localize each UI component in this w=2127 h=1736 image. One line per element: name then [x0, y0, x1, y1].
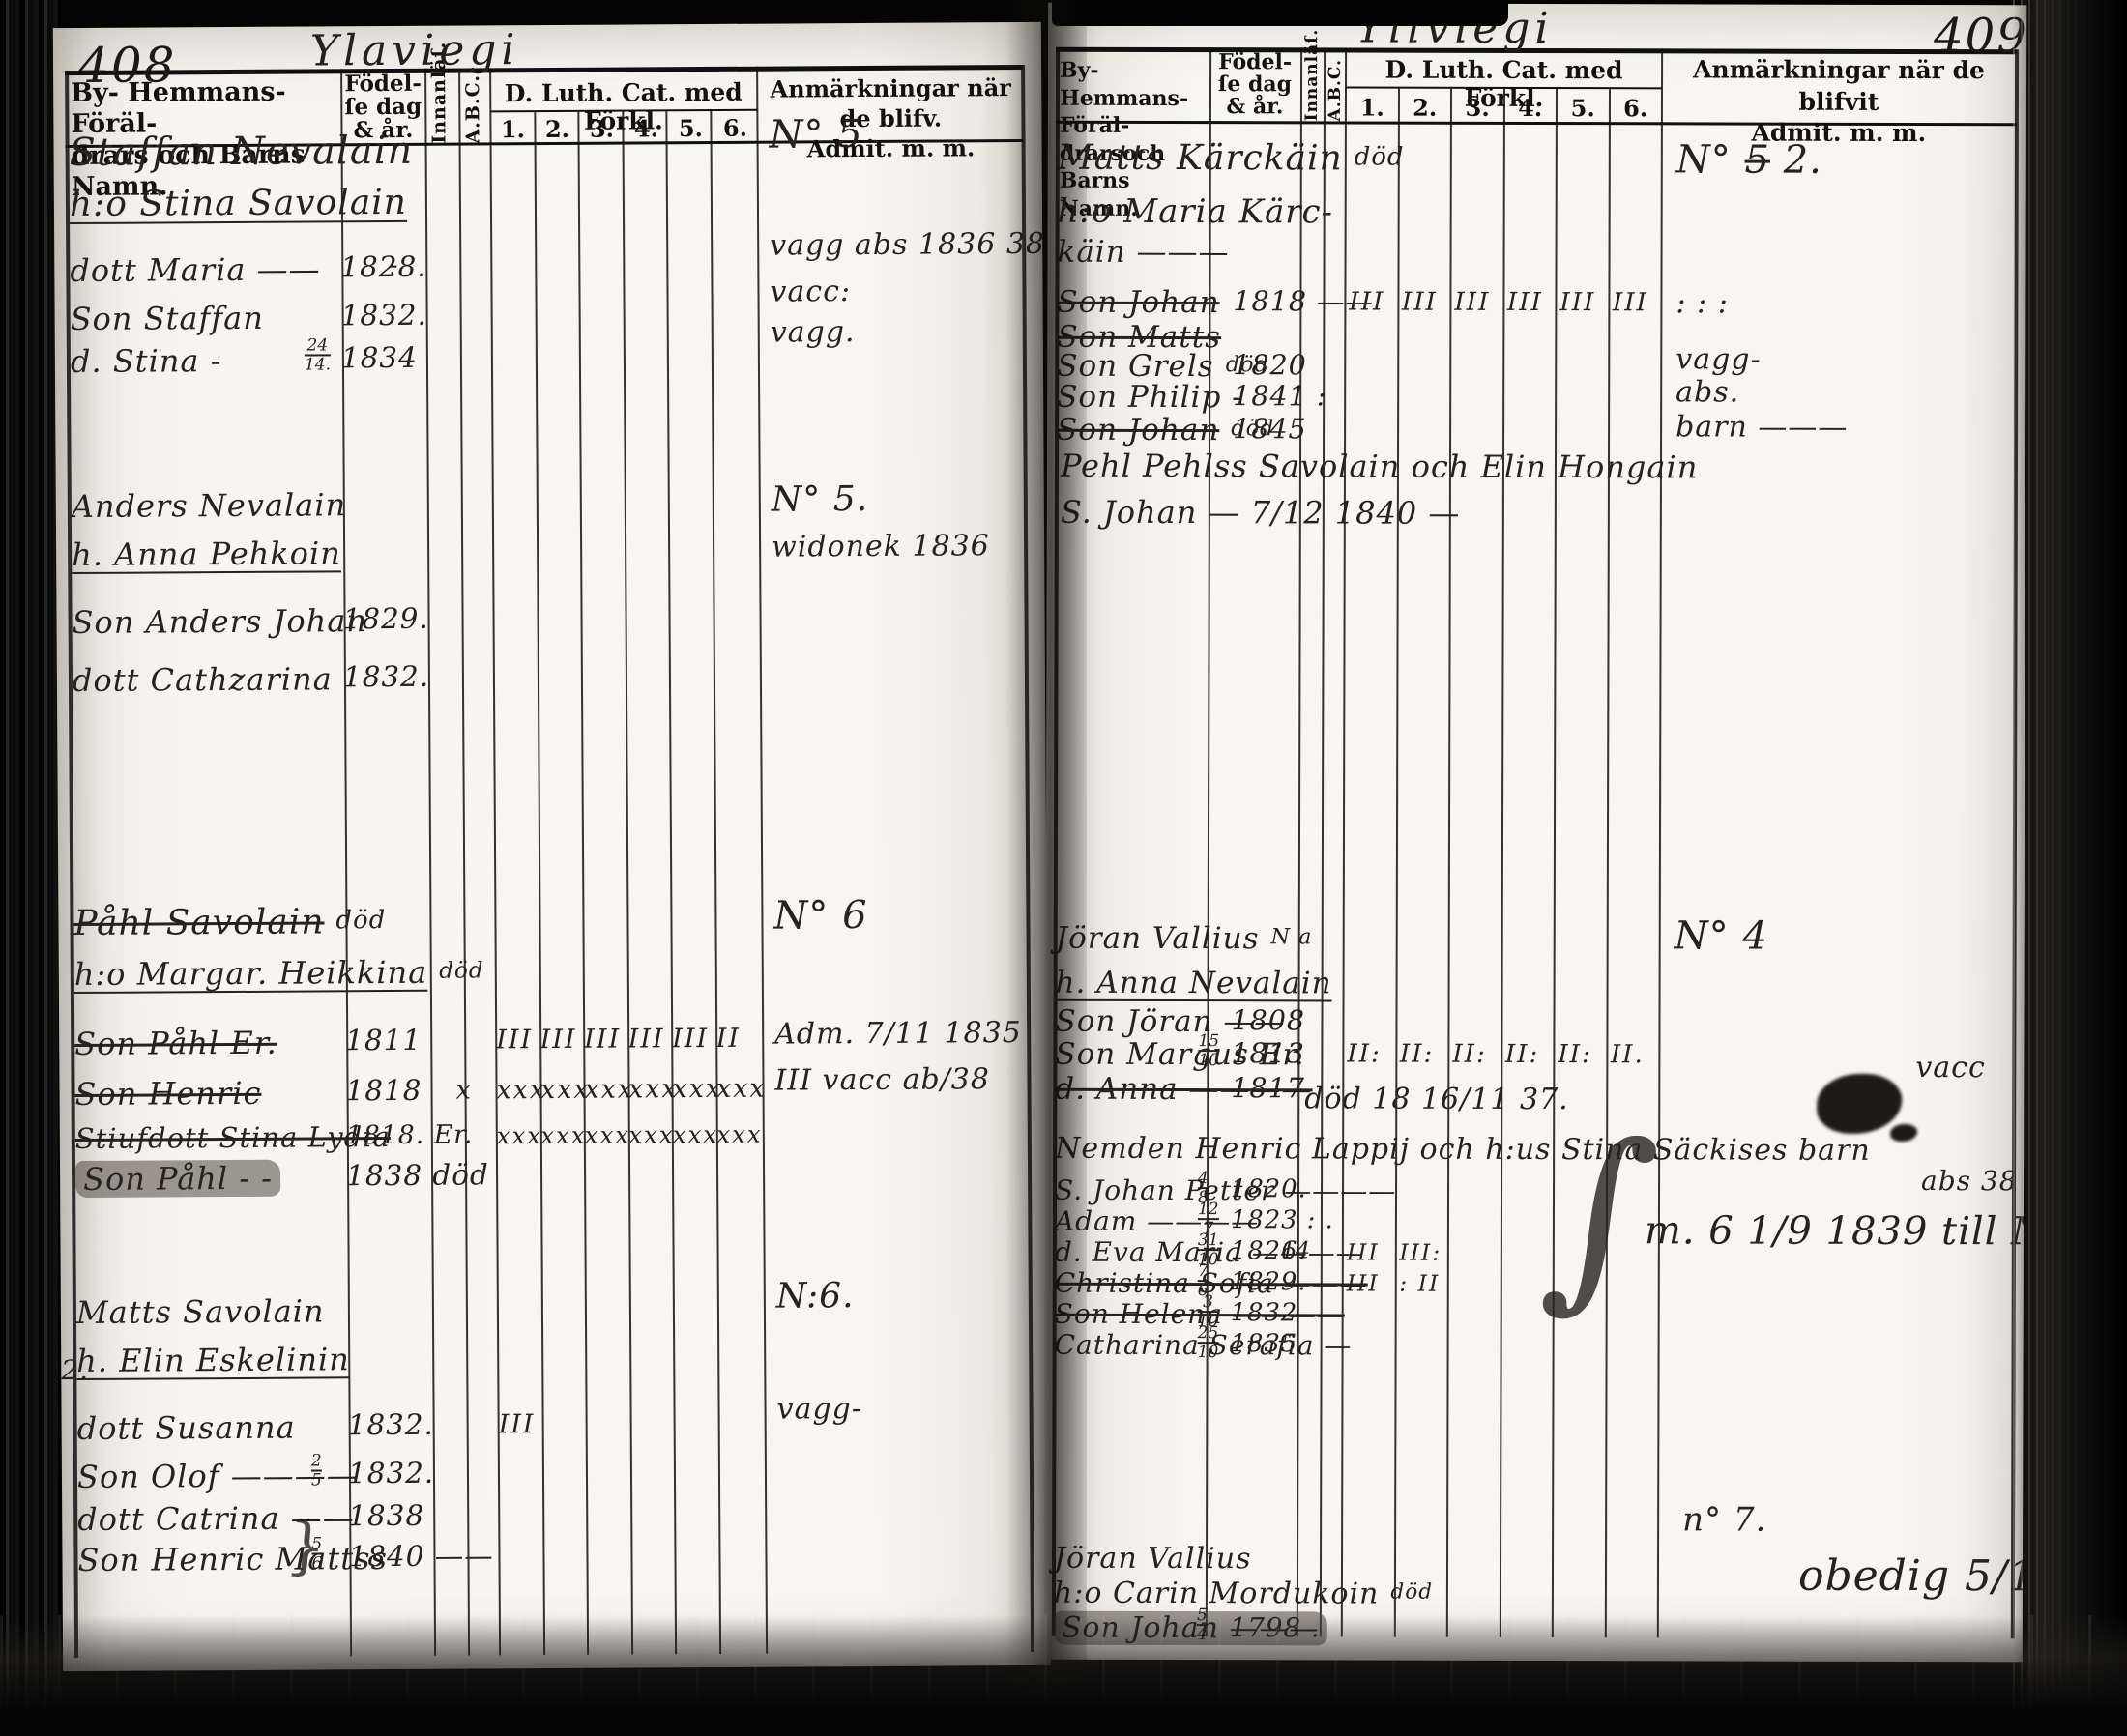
entry-name: Son Henric [74, 1075, 261, 1113]
catechism-tally: III [584, 1025, 621, 1055]
entry-name: dott Cathzarina [73, 660, 333, 699]
register-row: Son Anders Johan1829. [56, 598, 1040, 649]
remark-note: Adm. 7/11 1835 [774, 1016, 1022, 1052]
catechism-tally: III [540, 1025, 577, 1055]
register-row: Staffan Nevalain [53, 125, 1037, 175]
birth-year: 1823 : . [1231, 1205, 1334, 1234]
entry-note: död [335, 906, 386, 935]
remark-note: N° 5. [772, 479, 869, 520]
remark-note: m. 6 1/9 1839 till Nurmis [1645, 1208, 2026, 1254]
birth-year: 1798 . [1230, 1611, 1321, 1643]
remark-note: : : : [1675, 286, 1728, 320]
entry-name: käin ——— [1058, 235, 1230, 270]
entry-name: Son Påhl - - [75, 1160, 280, 1198]
book-spine [0, 0, 60, 1736]
birth-year: 1813 [1231, 1037, 1305, 1069]
remark-note: N° 4 [1675, 913, 1768, 958]
entry-name: Son Johan [1057, 285, 1219, 320]
catechism-tally: xxx [673, 1120, 718, 1148]
reading-mark: - [389, 250, 397, 280]
entry-name: Anders Nevalain [72, 486, 347, 525]
annotation: 2. [61, 1354, 89, 1386]
remark-note: abs 38 [1921, 1165, 2018, 1197]
entry-name: Matts Savolain [76, 1292, 325, 1331]
entry-note: N a [1271, 924, 1313, 949]
entry-name: h:o Margar. Heikkinadöd [74, 953, 484, 993]
birth-day-fraction: 2510 [1198, 1325, 1219, 1361]
entry-name: h:o Maria Kärc- [1058, 192, 1333, 232]
page-number-left: 408 [78, 37, 177, 94]
remark-note: vagg abs 1836 38 [770, 227, 1045, 263]
catechism-tally: xxx [496, 1075, 546, 1105]
birth-year: 1820 [1233, 349, 1307, 381]
entry-name: Staffan Nevalain [69, 129, 413, 175]
entry-note: död [1355, 143, 1405, 172]
register-row: Catharina Serafia —25101835 [1045, 1329, 2020, 1376]
catechism-tally: III [1454, 288, 1490, 317]
remark-note: n° 7. [1682, 1500, 1766, 1539]
entry-name: Stiufdott Stina Lydia [75, 1120, 391, 1155]
register-row: Jöran ValliusN a [1046, 921, 2021, 969]
remark-note: widonek 1836 [772, 529, 990, 564]
entry-name: h:o Carin Mordukoindöd [1054, 1577, 1433, 1611]
catechism-tally: III [1507, 288, 1543, 317]
entry-name: Son Philip - [1057, 380, 1243, 416]
catechism-tally: III [499, 1409, 536, 1439]
remark-note: obedig 5/11 1836 [1798, 1551, 2026, 1602]
register-book-scan: 408 Ylaviegi By- Hemmans- Föräl- drars o… [0, 0, 2127, 1736]
catechism-tally: xxx [540, 1121, 586, 1149]
remark-note: N° 6 [773, 893, 867, 939]
birth-year: 1811 [345, 1024, 422, 1056]
catechism-tally: : II [1399, 1270, 1440, 1297]
catechism-tally: II [716, 1024, 741, 1054]
remark-note: vagg- [776, 1392, 862, 1427]
birth-year: 1835 [1231, 1329, 1298, 1358]
entry-name: d. Stina - [71, 342, 222, 380]
birth-year: 1828. [340, 250, 426, 284]
birth-year: 1818 [345, 1074, 422, 1107]
entry-name: h. Anna Nevalain [1056, 966, 1332, 1001]
annotation: ∫ [1539, 1130, 1663, 1303]
scan-artifact [1052, 0, 1508, 26]
birth-year: 1808 [1231, 1004, 1305, 1036]
birth-year: 1832. [343, 660, 429, 694]
birth-year: 1820. [1231, 1174, 1307, 1203]
register-row: Son Johan ———541798 . [1044, 1611, 2019, 1659]
birth-year: 1832. [348, 1457, 434, 1490]
entry-note: död [1390, 1580, 1433, 1605]
remark-note: vagg- [1675, 342, 1761, 376]
register-row: Matts Savolain [61, 1288, 1045, 1339]
register-row: dott Cathzarina1832. [57, 656, 1041, 707]
birth-year: 1838 död [346, 1158, 489, 1192]
reading-mark: 14 [1281, 1236, 1310, 1263]
entry-name: Adam ———— [1055, 1205, 1259, 1238]
entry-name: Påhl Savolaindöd [73, 902, 386, 943]
catechism-tally: III [1402, 288, 1438, 317]
catechism-tally: II: [1505, 1040, 1539, 1069]
birth-year: 1832 [1231, 1298, 1298, 1327]
register-entries-left: Staffan Nevalainh:o Stina Savolaindott M… [53, 22, 1051, 1671]
register-row: käin ——— [1047, 235, 2022, 282]
catechism-tally: II: [1452, 1040, 1486, 1069]
catechism-tally: II: [1347, 1039, 1381, 1068]
abc-mark: x [455, 1076, 471, 1106]
catechism-tally: III [1559, 288, 1595, 317]
register-row: h:o Maria Kärc- [1048, 192, 2023, 240]
catechism-tally: xxx [497, 1121, 542, 1149]
birth-year: 1838 [348, 1499, 424, 1532]
entry-name: h. Anna Pehkoin [72, 535, 341, 573]
catechism-tally: xxx [716, 1074, 767, 1104]
register-row: Nemden Henric Lappij och h:us Stina Säck… [1045, 1132, 2020, 1179]
entry-name: Son Staffan [71, 300, 264, 337]
catechism-tally: xxx [540, 1075, 591, 1105]
entry-name: Son Anders Johan [72, 602, 367, 641]
catechism-tally: III [628, 1024, 665, 1054]
catechism-tally: II: [1400, 1040, 1434, 1069]
birth-day-fraction: 25 [311, 1453, 322, 1489]
register-row: h:o Stina Savolain [54, 179, 1038, 229]
birth-year: 1834 [341, 341, 418, 374]
birth-year: 1817 [1231, 1072, 1305, 1104]
entry-name: Son Henric Mattss [77, 1540, 388, 1578]
remark-note: N° 5 2. [1676, 137, 1822, 182]
register-row: d. Stina -2414.1834 [55, 337, 1039, 388]
remark-note: vacc [1915, 1051, 1986, 1085]
birth-year: 1832. [341, 299, 427, 333]
remark-note: N° 5 [769, 112, 862, 158]
birth-year: 1829. [1231, 1267, 1307, 1296]
entry-name: h. Elin Eskelinin [76, 1341, 350, 1379]
birth-day-fraction: 1510 [1198, 1033, 1219, 1069]
entry-name: Jöran Vallius [1054, 1542, 1252, 1577]
entry-name: h:o Stina Savolain [70, 183, 407, 224]
register-row: h. Elin Eskelinin [61, 1337, 1045, 1387]
register-row: h:o Margar. Heikkinadöd [59, 950, 1043, 1000]
entry-name: Son Påhl Er. [74, 1025, 277, 1062]
annotation: S. Johan — 7/12 1840 — [1061, 494, 1461, 532]
entry-name: S. Johan Petter ———— [1055, 1174, 1396, 1207]
remark-note: abs. [1675, 375, 1739, 409]
birth-year: 1841 : [1233, 380, 1326, 412]
catechism-tally: III [496, 1025, 533, 1055]
register-row: Påhl Savolaindöd [58, 898, 1042, 948]
register-entries-right: Matts Kärckäindödh:o Maria Kärc-käin ———… [1044, 3, 2026, 1663]
birth-year: 1840 —— [348, 1539, 493, 1573]
register-row: Son Henric Mattss561840 —— [62, 1536, 1046, 1586]
remark-note: barn ——— [1675, 410, 1848, 444]
catechism-tally: III [672, 1024, 709, 1054]
birth-day-fraction: 2414. [305, 337, 331, 373]
left-page: 408 Ylaviegi By- Hemmans- Föräl- drars o… [53, 22, 1051, 1671]
catechism-tally: xxx [584, 1074, 634, 1104]
birth-year: 1845 [1233, 413, 1307, 445]
catechism-tally: III [1349, 287, 1384, 316]
annotation: } [284, 1521, 330, 1575]
catechism-tally: III [1347, 1238, 1380, 1265]
catechism-tally: xxx [585, 1121, 630, 1149]
page-title-left: Ylaviegi [310, 25, 520, 75]
page-edges [2013, 0, 2127, 1736]
catechism-tally: II. [1611, 1040, 1645, 1069]
catechism-tally: III [1613, 288, 1648, 317]
catechism-tally: III [1347, 1269, 1380, 1296]
catechism-tally: xxx [628, 1120, 674, 1148]
catechism-tally: III: [1399, 1239, 1442, 1266]
remark-note: N:6. [776, 1276, 855, 1316]
entry-name: dott Susanna [77, 1409, 296, 1447]
entry-name: Matts Kärckäindöd [1058, 138, 1405, 179]
entry-name: dott Maria —— [70, 250, 320, 289]
birth-year: 1832. [348, 1408, 434, 1442]
birth-year: 1829. [342, 602, 428, 636]
annotation: Pehl Pehlss Savolain och Elin Hongain [1061, 448, 1698, 486]
right-page: 409. Yliviegi By-Hemmans-Föräl- drarsoch… [1044, 3, 2026, 1663]
entry-name: Jöran ValliusN a [1056, 921, 1313, 957]
register-row: Matts Kärckäindöd [1048, 138, 2023, 186]
catechism-tally: xxx [672, 1074, 722, 1104]
catechism-tally: II: [1558, 1040, 1591, 1069]
remark-note: III vacc ab/38 [774, 1062, 990, 1097]
birth-day-fraction: 54 [1197, 1607, 1208, 1643]
register-row: Son Påhl - -1838 död [60, 1155, 1044, 1205]
remark-note: vacc: [770, 275, 851, 309]
birth-year: 1818. Er. [346, 1120, 474, 1151]
remark-note: vagg. [771, 315, 856, 350]
entry-name: Nemden Henric Lappij och h:us Stina Säck… [1055, 1132, 1871, 1168]
register-row: dott Susanna1832.III [62, 1404, 1046, 1455]
catechism-tally: xxx [716, 1120, 762, 1148]
register-row: Anders Nevalain [56, 482, 1040, 533]
catechism-tally: xxx [628, 1074, 679, 1104]
annotation: död 18 16/11 37. [1304, 1082, 1569, 1116]
entry-note: död [439, 958, 484, 983]
